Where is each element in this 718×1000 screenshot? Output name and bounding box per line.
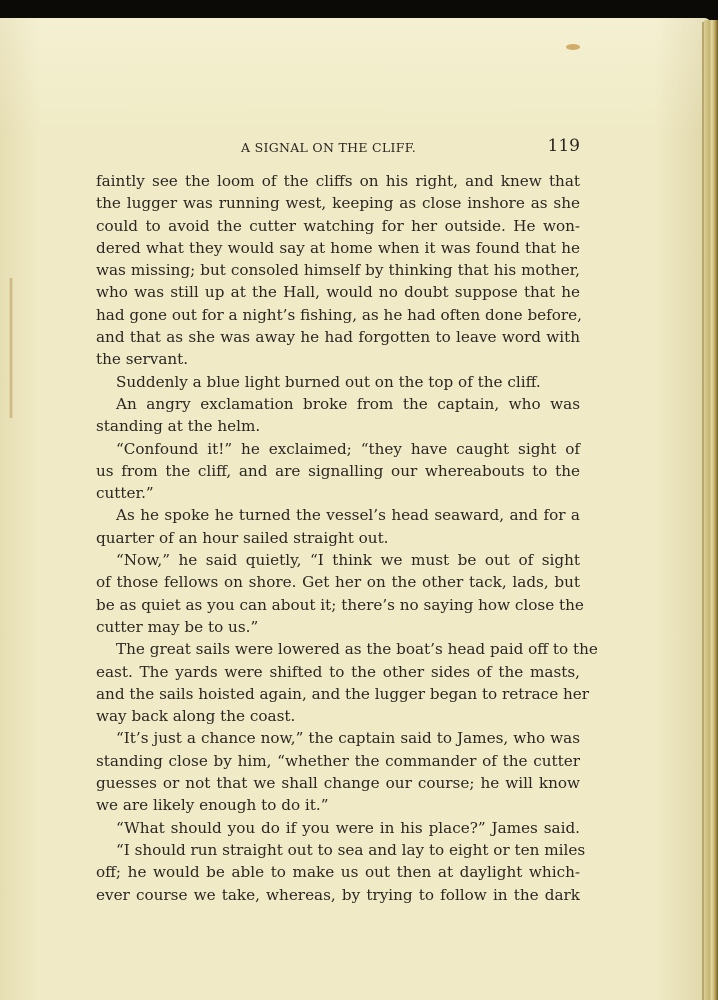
page-header: A SIGNAL ON THE CLIFF. 119 (96, 136, 580, 160)
text-line: us from the cliff, and are signalling ou… (96, 460, 580, 482)
text-line: dered what they would say at home when i… (96, 237, 580, 259)
book-fore-edge (704, 20, 718, 1000)
page-number: 119 (548, 136, 580, 156)
text-line: and the sails hoisted again, and the lug… (96, 683, 580, 705)
text-line: had gone out for a night’s fishing, as h… (96, 304, 580, 326)
text-line: the lugger was running west, keeping as … (96, 192, 580, 214)
text-line: and that as she was away he had forgotte… (96, 326, 580, 348)
text-line: standing at the helm. (96, 415, 580, 437)
scanned-book-page: A SIGNAL ON THE CLIFF. 119 faintly see t… (0, 0, 718, 1000)
text-line: “Now,” he said quietly, “I think we must… (96, 549, 580, 571)
text-line: cutter may be to us.” (96, 616, 580, 638)
text-line: off; he would be able to make us out the… (96, 861, 580, 883)
text-line: who was still up at the Hall, would no d… (96, 281, 580, 303)
running-title: A SIGNAL ON THE CLIFF. (241, 140, 416, 155)
text-line: we are likely enough to do it.” (96, 794, 580, 816)
text-line: The great sails were lowered as the boat… (96, 638, 580, 660)
text-line: An angry exclamation broke from the capt… (96, 393, 580, 415)
text-line: way back along the coast. (96, 705, 580, 727)
text-line: As he spoke he turned the vessel’s head … (96, 504, 580, 526)
text-line: guesses or not that we shall change our … (96, 772, 580, 794)
text-line: the servant. (96, 348, 580, 370)
gutter-shadow (9, 278, 13, 418)
text-line: quarter of an hour sailed straight out. (96, 527, 580, 549)
text-line: “Confound it!” he exclaimed; “they have … (96, 438, 580, 460)
body-text: faintly see the loom of the cliffs on hi… (96, 170, 580, 906)
text-line: “I should run straight out to sea and la… (96, 839, 580, 861)
text-line: ever course we take, whereas, by trying … (96, 884, 580, 906)
text-line: Suddenly a blue light burned out on the … (96, 371, 580, 393)
text-line: faintly see the loom of the cliffs on hi… (96, 170, 580, 192)
text-line: of those fellows on shore. Get her on th… (96, 571, 580, 593)
text-line: could to avoid the cutter watching for h… (96, 215, 580, 237)
page-paper: A SIGNAL ON THE CLIFF. 119 faintly see t… (0, 18, 712, 1000)
paper-stain (566, 44, 580, 50)
text-line: “It’s just a chance now,” the captain sa… (96, 727, 580, 749)
text-line: cutter.” (96, 482, 580, 504)
text-line: “What should you do if you were in his p… (96, 817, 580, 839)
text-line: east. The yards were shifted to the othe… (96, 661, 580, 683)
text-line: be as quiet as you can about it; there’s… (96, 594, 580, 616)
text-line: standing close by him, “whether the comm… (96, 750, 580, 772)
text-line: was missing; but consoled himself by thi… (96, 259, 580, 281)
